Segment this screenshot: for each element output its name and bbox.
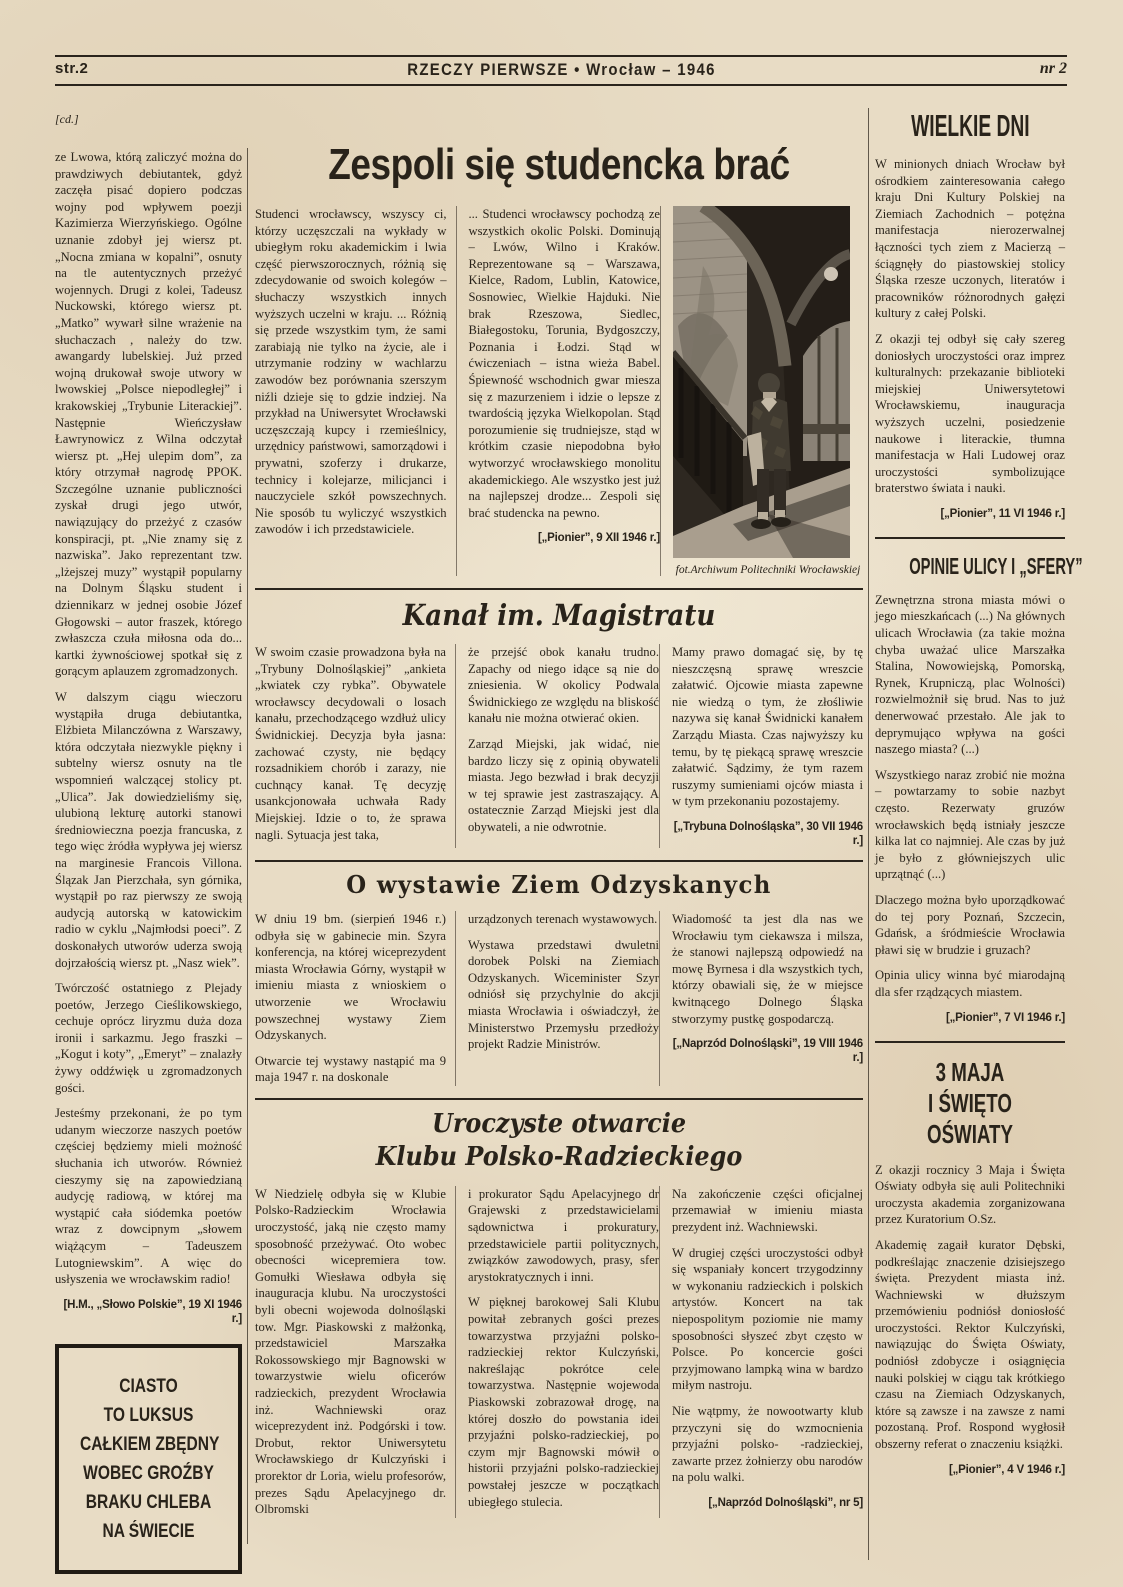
article-paragraph: Mamy prawo domagać się, by tę nieszczęsn…: [672, 644, 863, 810]
canal-attribution: [„Trybuna Dolnośląska”, 30 VII 1946 r.]: [672, 820, 863, 848]
article-paragraph: Jesteśmy przekonani, że po tym udanym wi…: [55, 1105, 242, 1288]
canal-col-2: że przejść obok kanału trudno. Zapachy o…: [455, 644, 659, 848]
section-rule: [255, 588, 863, 590]
article-paragraph: Zewnętrzna strona miasta mówi o jego mie…: [875, 592, 1065, 758]
exhibition-col-1: W dniu 19 bm. (sierpień 1946 r.) odbyła …: [255, 911, 455, 1086]
right-rail: WIELKIE DNI W minionych dniach Wrocław b…: [875, 108, 1065, 1477]
club-headline: Uroczyste otwarcie Klubu Polsko-Radzieck…: [279, 1108, 838, 1174]
exhibition-col-2: urządzonych terenach wystawowych.Wystawa…: [455, 911, 659, 1086]
lead-headline: Zespoli się studencka brać: [304, 140, 815, 190]
article-paragraph: urządzonych terenach wystawowych.: [468, 911, 659, 928]
lead-col-1: Studenci wrocławscy, wszyscy ci, którzy …: [255, 206, 456, 576]
article-paragraph: W dalszym ciągu wieczoru wystąpiła druga…: [55, 689, 242, 971]
wielkie-dni-headline: WIELKIE DNI: [911, 108, 1029, 144]
article-paragraph: Z okazji tej odbył się cały szereg donio…: [875, 331, 1065, 497]
article-paragraph: i prokurator Sądu Apelacyjnego dr Grajew…: [468, 1186, 659, 1286]
article-paragraph: W dniu 19 bm. (sierpień 1946 r.) odbyła …: [255, 911, 446, 1044]
club-col-2: i prokurator Sądu Apelacyjnego dr Grajew…: [455, 1186, 659, 1518]
left-article-body: ze Lwowa, którą zaliczyć można do prawdz…: [55, 149, 242, 1288]
article-paragraph: W swoim czasie prowadzona była na „Trybu…: [255, 644, 446, 843]
opinie-attribution: [„Pionier”, 7 VI 1946 r.]: [875, 1011, 1065, 1025]
issue-number: nr 2: [1040, 60, 1067, 78]
article-paragraph: Na zakończenie części oficjalnej przemaw…: [672, 1186, 863, 1236]
section-rule: [255, 1098, 863, 1100]
ad-line: TO LUKSUS: [80, 1401, 217, 1430]
ad-line: WOBEC GROŹBY: [80, 1459, 217, 1488]
exhibition-col-3: Wiadomość ta jest dla nas we Wrocławiu t…: [659, 911, 863, 1086]
article-paragraph: Wszystkiego naraz zrobić nie można – pow…: [875, 767, 1065, 883]
lead-photo-column: fot.Archiwum Politechniki Wrocławskiej: [660, 206, 863, 576]
header-bottom-rule: [55, 84, 1067, 86]
wielkie-dni-attribution: [„Pionier”, 11 VI 1946 r.]: [875, 507, 1065, 521]
club-attribution: [„Naprzód Dolnośląski”, nr 5]: [672, 1496, 863, 1510]
club-article: W Niedzielę odbyła się w Klubie Polsko-R…: [255, 1186, 863, 1518]
article-paragraph: W drugiej części uroczystości odbył się …: [672, 1245, 863, 1394]
rail-rule: [875, 1041, 1065, 1043]
exhibition-headline: O wystawie Ziem Odzyskanych: [270, 870, 848, 899]
club-col-1: W Niedzielę odbyła się w Klubie Polsko-R…: [255, 1186, 455, 1518]
ad-line: CAŁKIEM ZBĘDNY: [80, 1430, 217, 1459]
lead-col-2: ... Studenci wrocławscy pochodzą ze wszy…: [456, 206, 661, 576]
article-paragraph: Wiadomość ta jest dla nas we Wrocławiu t…: [672, 911, 863, 1027]
section-3-maja: 3 MAJA I ŚWIĘTO OŚWIATY Z okazji rocznic…: [875, 1057, 1065, 1477]
canal-headline: Kanał im. Magistratu: [285, 598, 832, 632]
maja-headline: 3 MAJA I ŚWIĘTO OŚWIATY: [902, 1057, 1039, 1150]
maja-headline-line-1: 3 MAJA: [902, 1057, 1039, 1088]
article-paragraph: Studenci wrocławscy, wszyscy ci, którzy …: [255, 206, 447, 538]
ad-line: CIASTO: [80, 1372, 217, 1401]
article-paragraph: Otwarcie tej wystawy nastąpić ma 9 maja …: [255, 1053, 446, 1086]
article-paragraph: Nie wątpmy, że nowootwarty klub przyczyn…: [672, 1403, 863, 1486]
column-divider: [247, 148, 248, 1544]
club-headline-line-2: Klubu Polsko-Radzieckiego: [279, 1141, 838, 1174]
maja-headline-line-2: I ŚWIĘTO OŚWIATY: [902, 1088, 1039, 1150]
photo-figure: fot.Archiwum Politechniki Wrocławskiej: [673, 206, 863, 576]
exhibition-attribution: [„Naprzód Dolnośląski”, 19 VIII 1946 r.]: [672, 1037, 863, 1065]
section-opinie-ulicy: OPINIE ULICY I „SFERY” Zewnętrzna strona…: [875, 553, 1065, 1025]
article-paragraph: Zarząd Miejski, jak widać, nie bardzo li…: [468, 736, 659, 836]
article-paragraph: W minionych dniach Wrocław był ośrodkiem…: [875, 156, 1065, 322]
section-rule: [255, 860, 863, 862]
photo-caption: fot.Archiwum Politechniki Wrocławskiej: [673, 564, 863, 576]
newspaper-page: str.2 RZECZY PIERWSZE • Wrocław – 1946 n…: [0, 0, 1123, 1587]
article-paragraph: W pięknej barokowej Sali Klubu powitał z…: [468, 1294, 659, 1510]
article-paragraph: Z okazji rocznicy 3 Maja i Święta Oświat…: [875, 1162, 1065, 1228]
bread-ad-box: CIASTOTO LUKSUSCAŁKIEM ZBĘDNYWOBEC GROŹB…: [55, 1344, 242, 1574]
rail-rule: [875, 537, 1065, 539]
lead-attribution: [„Pionier”, 9 XII 1946 r.]: [469, 531, 661, 545]
article-paragraph: Twórczość ostatniego z Plejady poetów, J…: [55, 980, 242, 1096]
exhibition-article: W dniu 19 bm. (sierpień 1946 r.) odbyła …: [255, 911, 863, 1086]
club-col-3: Na zakończenie części oficjalnej przemaw…: [659, 1186, 863, 1518]
column-divider: [868, 108, 869, 1560]
left-article-column: ze Lwowa, którą zaliczyć można do prawdz…: [55, 149, 242, 1574]
article-paragraph: ... Studenci wrocławscy pochodzą ze wszy…: [469, 206, 661, 521]
article-paragraph: W Niedzielę odbyła się w Klubie Polsko-R…: [255, 1186, 446, 1518]
article-paragraph: Akademię zagaił kurator Dębski, podkreśl…: [875, 1237, 1065, 1453]
article-paragraph: że przejść obok kanału trudno. Zapachy o…: [468, 644, 659, 727]
main-well: Zespoli się studencka brać Studenci wroc…: [255, 106, 863, 1518]
canal-col-1: W swoim czasie prowadzona była na „Trybu…: [255, 644, 455, 848]
opinie-headline: OPINIE ULICY I „SFERY”: [909, 553, 1031, 580]
article-paragraph: Dlaczego można było uporządkować do tej …: [875, 892, 1065, 958]
club-headline-line-1: Uroczyste otwarcie: [279, 1108, 838, 1141]
section-wielkie-dni: WIELKIE DNI W minionych dniach Wrocław b…: [875, 108, 1065, 521]
continuation-marker: [cd.]: [55, 112, 79, 127]
lead-article: Studenci wrocławscy, wszyscy ci, którzy …: [255, 206, 863, 576]
article-paragraph: Wystawa przedstawi dwuletni dorobek Pols…: [468, 937, 659, 1053]
canal-col-3: Mamy prawo domagać się, by tę nieszczęsn…: [659, 644, 863, 848]
left-article-attribution: [H.M., „Słowo Polskie”, 19 XI 1946 r.]: [55, 1298, 242, 1326]
maja-attribution: [„Pionier”, 4 V 1946 r.]: [875, 1463, 1065, 1477]
maja-body: Z okazji rocznicy 3 Maja i Święta Oświat…: [875, 1162, 1065, 1453]
canal-article: W swoim czasie prowadzona była na „Trybu…: [255, 644, 863, 848]
article-paragraph: Opinia ulicy winna być miarodajną dla sf…: [875, 967, 1065, 1000]
article-paragraph: ze Lwowa, którą zaliczyć można do prawdz…: [55, 149, 242, 680]
header-top-rule: [55, 55, 1067, 57]
ad-line: NA ŚWIECIE: [80, 1517, 217, 1546]
student-archive-photo: [673, 206, 850, 558]
newspaper-title: RZECZY PIERWSZE • Wrocław – 1946: [67, 60, 1055, 80]
ad-line: BRAKU CHLEBA: [80, 1488, 217, 1517]
